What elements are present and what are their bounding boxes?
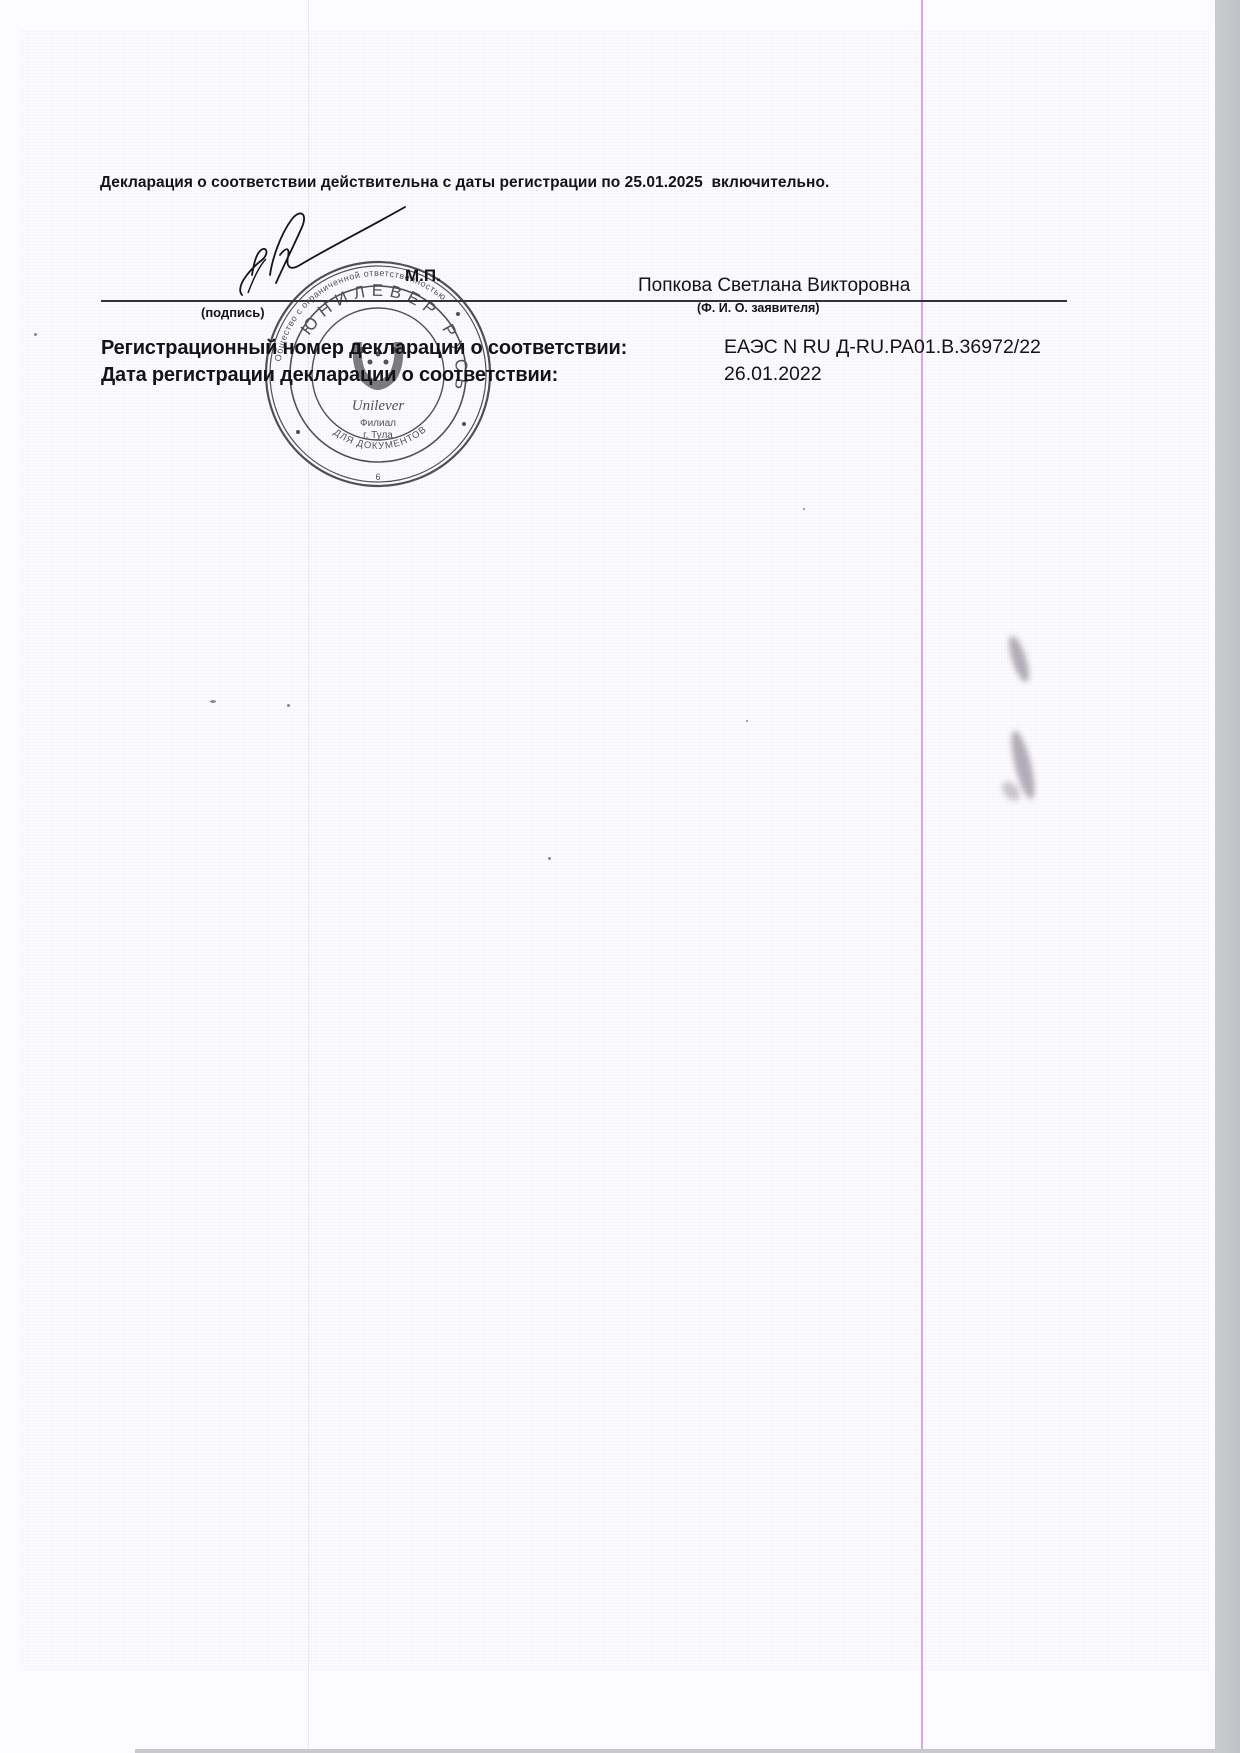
stamp-brand: Unilever xyxy=(352,398,405,414)
scan-speck xyxy=(548,857,551,860)
validity-statement: Декларация о соответствии действительна … xyxy=(100,174,829,192)
scanner-line xyxy=(921,0,923,1753)
applicant-caption: (Ф. И. О. заявителя) xyxy=(697,301,820,315)
document-page: Декларация о соответствии действительна … xyxy=(0,0,1215,1753)
scan-speck xyxy=(746,720,748,722)
scan-speck xyxy=(210,700,216,703)
applicant-name: Попкова Светлана Викторовна xyxy=(638,275,910,297)
scan-speck xyxy=(287,704,290,707)
scanner-border-bottom xyxy=(135,1749,1215,1753)
scan-speck xyxy=(803,508,805,510)
stamp-branch-line1: Филиал xyxy=(360,418,396,429)
scan-speck xyxy=(34,333,37,336)
registration-date-label: Дата регистрации декларации о соответств… xyxy=(101,364,558,387)
signature-caption: (подпись) xyxy=(201,305,265,320)
stamp-number: 6 xyxy=(375,472,380,482)
seal-mark: М.П. xyxy=(405,266,441,286)
scan-texture xyxy=(20,30,1210,1670)
registration-number-value: ЕАЭС N RU Д-RU.PA01.B.36972/22 xyxy=(724,336,1041,359)
stamp-branch-line2: г. Тула xyxy=(363,430,393,441)
registration-number-label: Регистрационный номер декларации о соотв… xyxy=(101,337,627,360)
scanner-border-right xyxy=(1215,0,1240,1753)
signature-line xyxy=(101,300,1067,302)
registration-date-value: 26.01.2022 xyxy=(724,363,822,386)
